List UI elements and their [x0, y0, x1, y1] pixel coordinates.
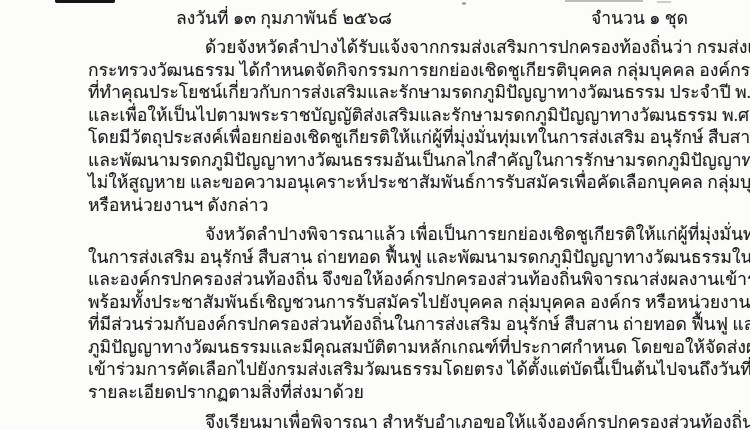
- text-line: ภูมิปัญญาทางวัฒนธรรมและมีคุณสมบัติตามหลั…: [88, 336, 736, 359]
- text-line: พร้อมทั้งประชาสัมพันธ์เชิญชวนการรับสมัคร…: [88, 291, 736, 314]
- text-line: ไม่ให้สูญหาย และขอความอนุเคราะห์ประชาสัม…: [88, 171, 736, 194]
- text-line: จังหวัดลำปางพิจารณาแล้ว เพื่อเป็นการยกย่…: [88, 223, 736, 246]
- copy-count: จำนวน ๑ ชุด: [591, 7, 688, 30]
- text-line: และองค์กรปกครองส่วนท้องถิ่น จึงขอให้องค์…: [88, 268, 736, 291]
- letter-header-row: ลงวันที่ ๑๓ กุมภาพันธ์ ๒๕๖๘ จำนวน ๑ ชุด: [0, 7, 750, 31]
- text-line: ด้วยจังหวัดลำปางได้รับแจ้งจากกรมส่งเสริม…: [88, 36, 736, 59]
- paragraph-3: จึงเรียนมาเพื่อพิจารณา สำหรับอำเภอขอให้แ…: [88, 411, 736, 430]
- text-line: กระทรวงวัฒนธรรม ได้กำหนดจัดกิจกรรมการยกย…: [88, 59, 736, 82]
- scan-artifact-dot: [462, 2, 466, 5]
- text-line: เข้าร่วมการคัดเลือกไปยังกรมส่งเสริมวัฒนธ…: [88, 358, 736, 381]
- paragraph-2: จังหวัดลำปางพิจารณาแล้ว เพื่อเป็นการยกย่…: [88, 223, 736, 403]
- text-line: จึงเรียนมาเพื่อพิจารณา สำหรับอำเภอขอให้แ…: [88, 411, 736, 430]
- scanned-letter-page: ลงวันที่ ๑๓ กุมภาพันธ์ ๒๕๖๘ จำนวน ๑ ชุด …: [0, 0, 750, 430]
- scan-artifact-smudge: [657, 1, 671, 3]
- text-line: ในการส่งเสริม อนุรักษ์ สืบสาน ถ่ายทอด ฟื…: [88, 246, 736, 269]
- text-line: และพัฒนามรดกภูมิปัญญาทางวัฒนธรรมอันเป็นก…: [88, 149, 736, 172]
- letter-date: ลงวันที่ ๑๓ กุมภาพันธ์ ๒๕๖๘: [176, 7, 392, 30]
- text-line: และเพื่อให้เป็นไปตามพระราชบัญญัติส่งเสริ…: [88, 104, 736, 127]
- scan-artifact-top-bar: [55, 0, 115, 3]
- text-line: ที่ทำคุณประโยชน์เกี่ยวกับการส่งเสริมและร…: [88, 81, 736, 104]
- text-line: ที่มีส่วนร่วมกับองค์กรปกครองส่วนท้องถิ่น…: [88, 313, 736, 336]
- scan-artifact-smudge: [565, 0, 643, 2]
- text-line: โดยมีวัตถุประสงค์เพื่อยกย่องเชิดชูเกียรต…: [88, 126, 736, 149]
- paragraph-1: ด้วยจังหวัดลำปางได้รับแจ้งจากกรมส่งเสริม…: [88, 36, 736, 216]
- text-line: รายละเอียดปรากฏตามสิ่งที่ส่งมาด้วย: [88, 381, 736, 404]
- text-line: หรือหน่วยงานฯ ดังกล่าว: [88, 194, 736, 217]
